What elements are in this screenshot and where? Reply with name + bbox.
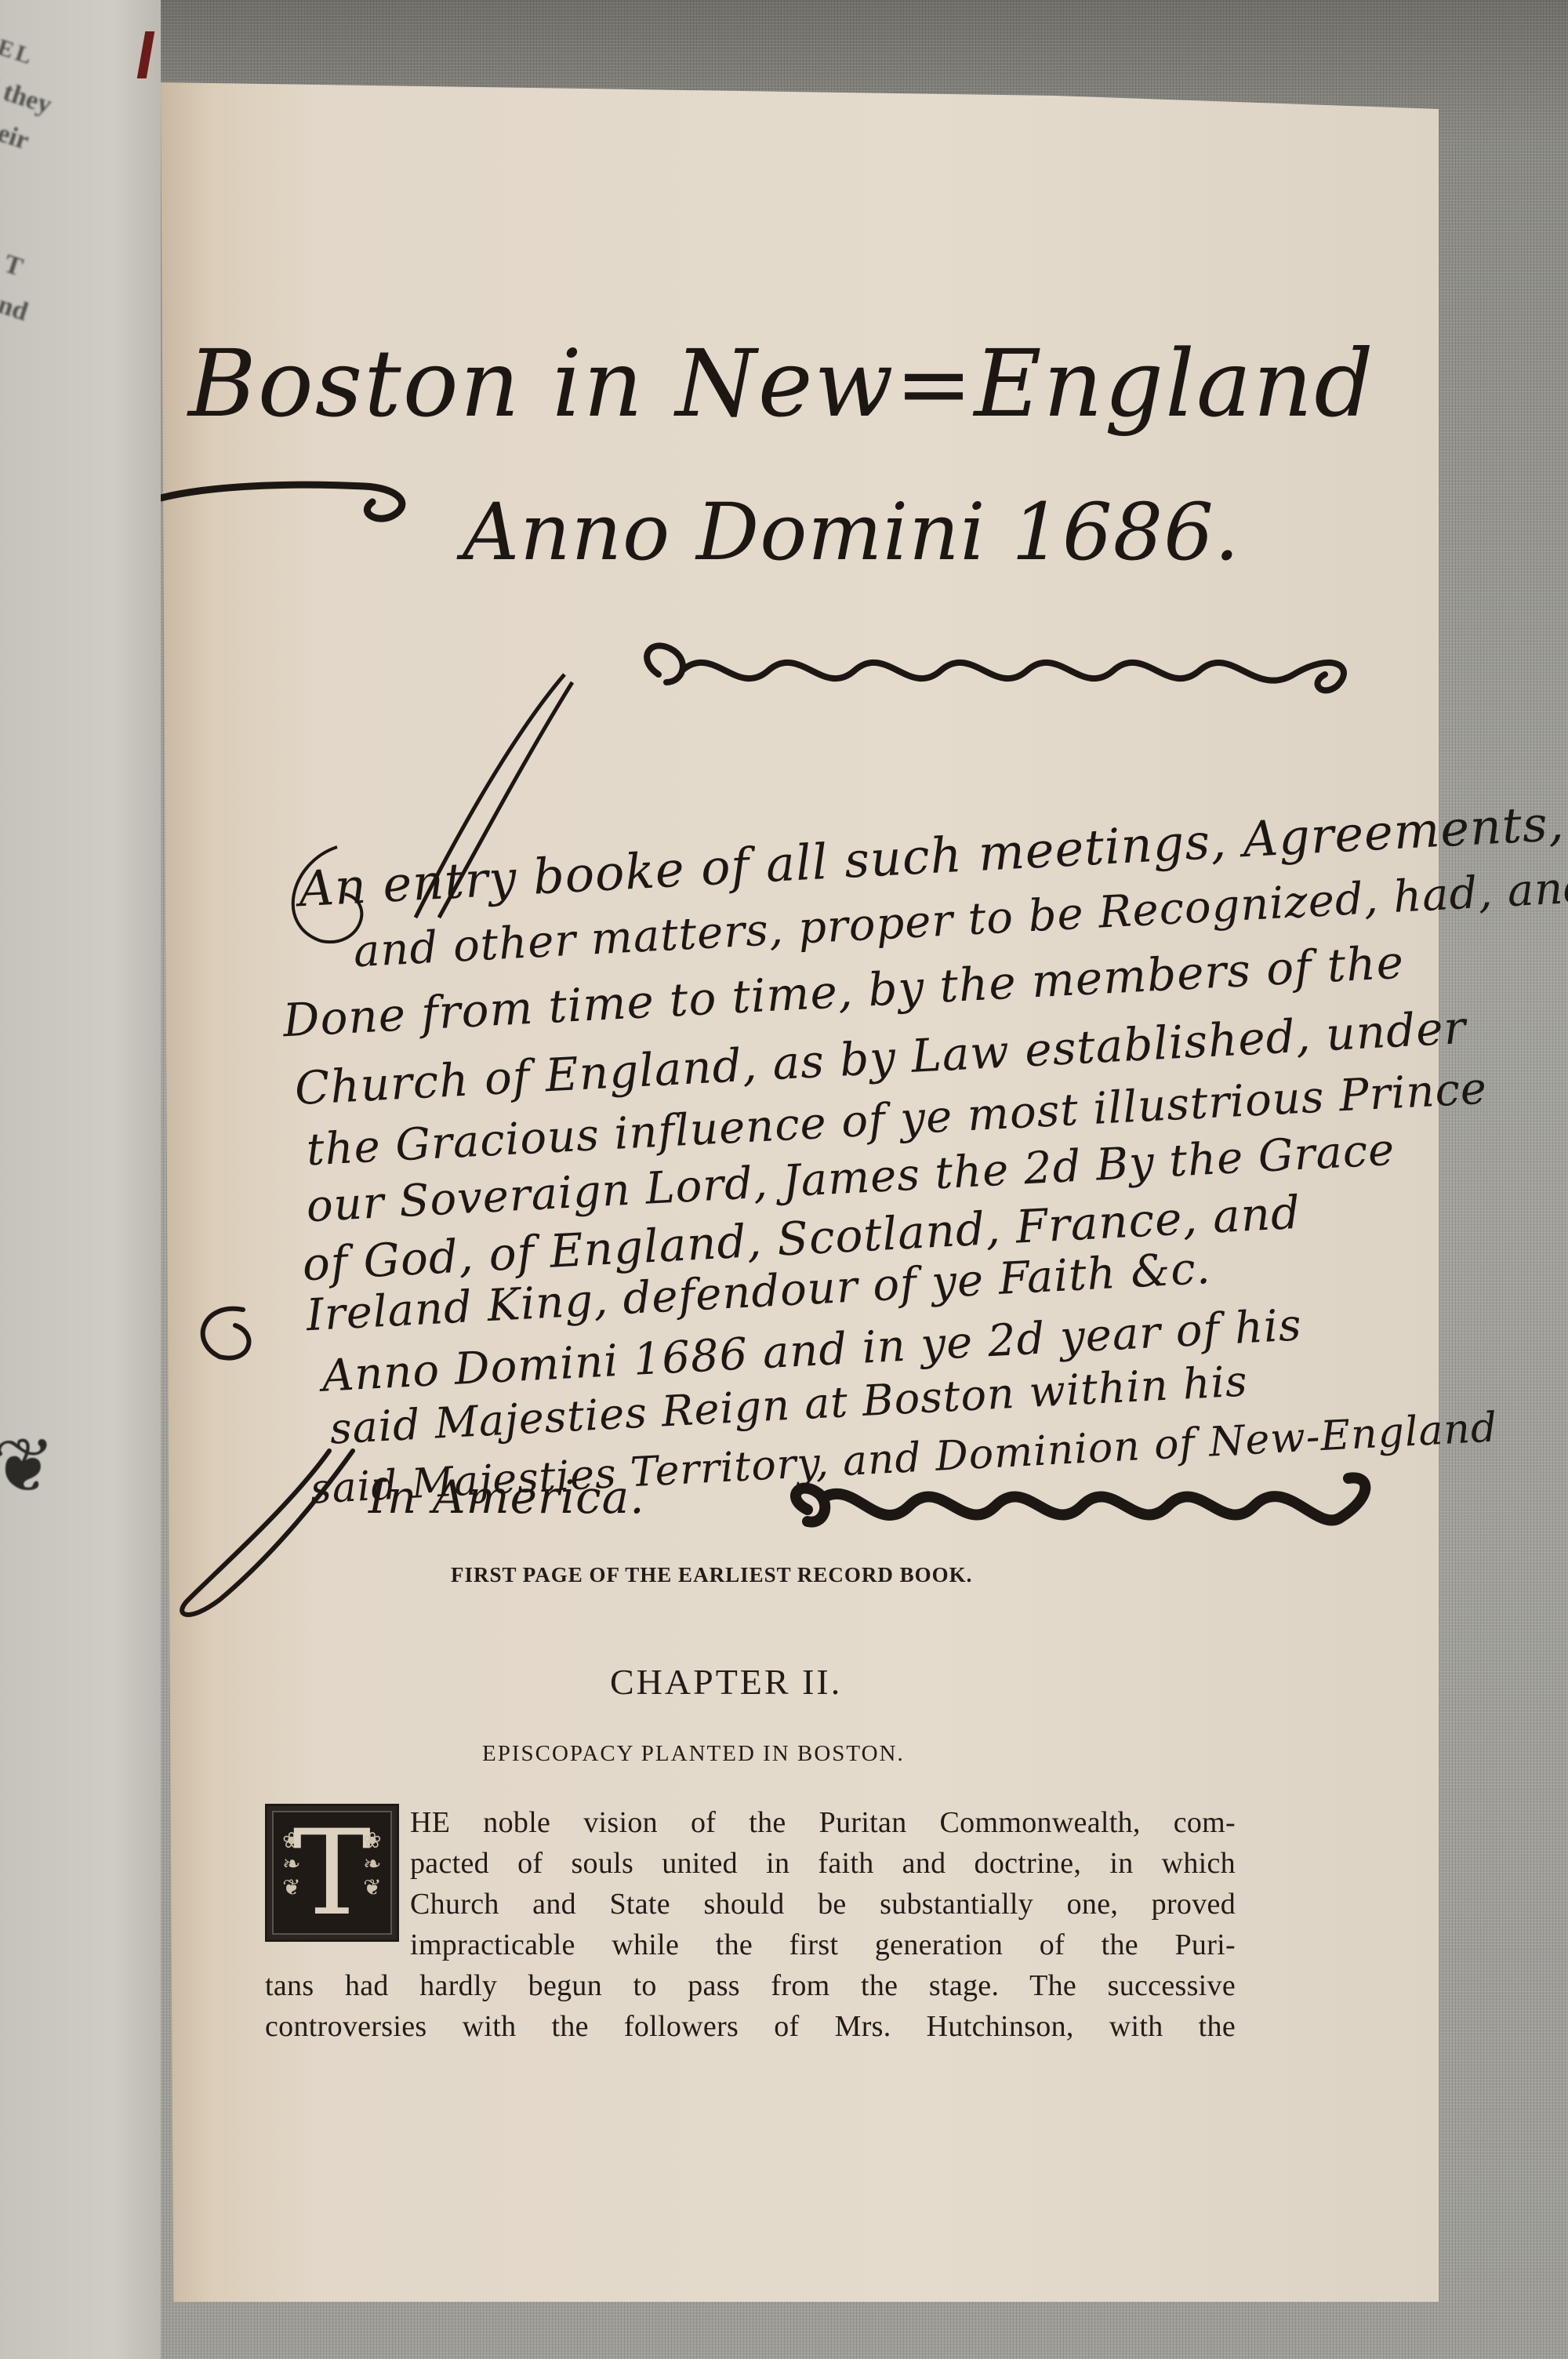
chapter-subtitle: EPISCOPACY PLANTED IN BOSTON. <box>482 1741 905 1767</box>
body-line: Church and State should be substantially… <box>265 1884 1236 1925</box>
chapter-body: ❀❧❦ T ❀❧❦ HE noble vision of the Puritan… <box>265 1802 1236 2047</box>
title-flourish-icon <box>161 439 419 533</box>
manuscript-title-line-2: Anno Domini 1686. <box>463 486 1240 578</box>
left-swash-icon <box>172 1270 376 1623</box>
body-line: tans had hardly begun to pass from the s… <box>265 1965 1236 2006</box>
body-line: HE noble vision of the Puritan Commonwea… <box>265 1802 1236 1843</box>
body-line: impracticable while the first generation… <box>265 1925 1236 1965</box>
wave-divider-bottom-icon <box>776 1463 1388 1549</box>
floral-ornament-icon: ❦ <box>0 1423 55 1510</box>
figure-caption: FIRST PAGE OF THE EARLIEST RECORD BOOK. <box>451 1563 972 1587</box>
body-line: controversies with the followers of Mrs.… <box>265 2006 1236 2047</box>
manuscript-title-line-1: Boston in New=England <box>188 329 1375 438</box>
manuscript-line: In America. <box>368 1470 645 1524</box>
left-page-text: APEL ould they rm their e. And to the ei… <box>0 16 161 777</box>
left-facing-page: APEL ould they rm their e. And to the ei… <box>0 0 161 2359</box>
drop-cap-initial: ❀❧❦ T ❀❧❦ <box>265 1804 399 1942</box>
vine-ornament-icon: ❀❧❦ <box>359 1830 386 1924</box>
wave-divider-top-icon <box>619 627 1364 714</box>
body-line: pacted of souls united in faith and doct… <box>265 1843 1236 1884</box>
chapter-heading: CHAPTER II. <box>610 1661 842 1703</box>
